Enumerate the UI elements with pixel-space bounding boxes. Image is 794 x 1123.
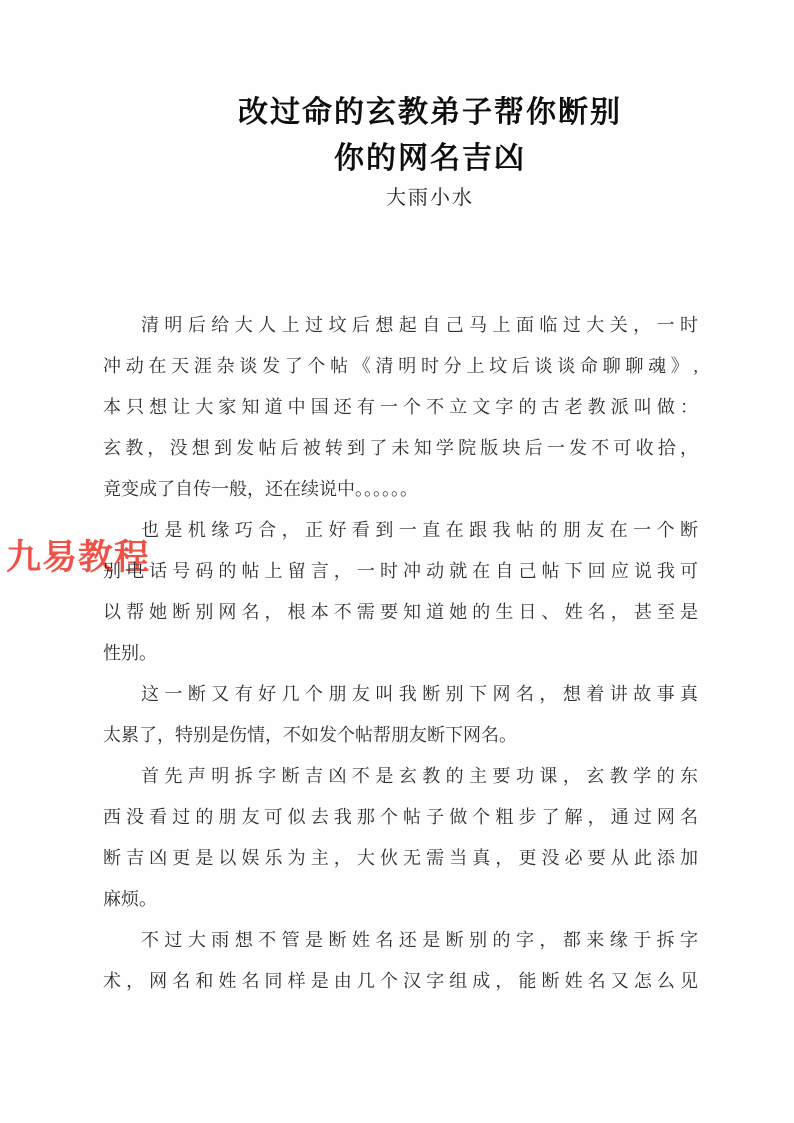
text-line: 西没看过的朋友可似去我那个帖子做个粗步了解，通过网名 (103, 797, 699, 838)
text-line: 断吉凶更是以娱乐为主，大伙无需当真，更没必要从此添加 (103, 838, 699, 879)
text-line: 也是机缘巧合，正好看到一直在跟我帖的朋友在一个断 (103, 510, 699, 551)
doc-title-line-2: 你的网名吉凶 (100, 136, 760, 182)
text-line: 这一断又有好几个朋友叫我断别下网名，想着讲故事真 (103, 674, 699, 715)
author-byline: 大雨小水 (100, 184, 760, 212)
text-line: 冲动在天涯杂谈发了个帖《清明时分上坟后谈谈命聊聊魂》, (103, 346, 699, 387)
text-line: 别电话号码的帖上留言，一时冲动就在自己帖下回应说我可 (103, 551, 699, 592)
paragraph-1: 清明后给大人上过坟后想起自己马上面临过大关，一时 冲动在天涯杂谈发了个帖《清明时… (103, 305, 699, 510)
paragraph-3: 这一断又有好几个朋友叫我断别下网名，想着讲故事真 太累了，特别是伤情，不如发个帖… (103, 674, 699, 756)
text-line: 本只想让大家知道中国还有一个不立文字的古老教派叫做： (103, 387, 699, 428)
text-line: 首先声明拆字断吉凶不是玄教的主要功课，玄教学的东 (103, 756, 699, 797)
text-line: 清明后给大人上过坟后想起自己马上面临过大关，一时 (103, 305, 699, 346)
text-line: 术，网名和姓名同样是由几个汉字组成，能断姓名又怎么见 (103, 961, 699, 1002)
doc-title: 改过命的玄教弟子帮你断别 你的网名吉凶 (100, 90, 760, 182)
doc-title-line-1: 改过命的玄教弟子帮你断别 (100, 90, 760, 136)
document-page: 改过命的玄教弟子帮你断别 你的网名吉凶 大雨小水 九易教程 清明后给大人上过坟后… (0, 0, 794, 1123)
text-line: 玄教，没想到发帖后被转到了未知学院版块后一发不可收拾， (103, 428, 699, 469)
text-line: 麻烦。 (103, 879, 699, 920)
text-line: 不过大雨想不管是断姓名还是断别的字，都来缘于拆字 (103, 920, 699, 961)
text-line: 性别。 (103, 633, 699, 674)
text-line: 竟变成了自传一般，还在续说中。。。。。。 (103, 469, 699, 510)
paragraph-2: 也是机缘巧合，正好看到一直在跟我帖的朋友在一个断 别电话号码的帖上留言，一时冲动… (103, 510, 699, 674)
paragraph-4: 首先声明拆字断吉凶不是玄教的主要功课，玄教学的东 西没看过的朋友可似去我那个帖子… (103, 756, 699, 920)
text-line: 太累了，特别是伤情，不如发个帖帮朋友断下网名。 (103, 715, 699, 756)
paragraph-5: 不过大雨想不管是断姓名还是断别的字，都来缘于拆字 术，网名和姓名同样是由几个汉字… (103, 920, 699, 1002)
text-line: 以帮她断别网名，根本不需要知道她的生日、姓名，甚至是 (103, 592, 699, 633)
body-text: 清明后给大人上过坟后想起自己马上面临过大关，一时 冲动在天涯杂谈发了个帖《清明时… (103, 305, 699, 1002)
